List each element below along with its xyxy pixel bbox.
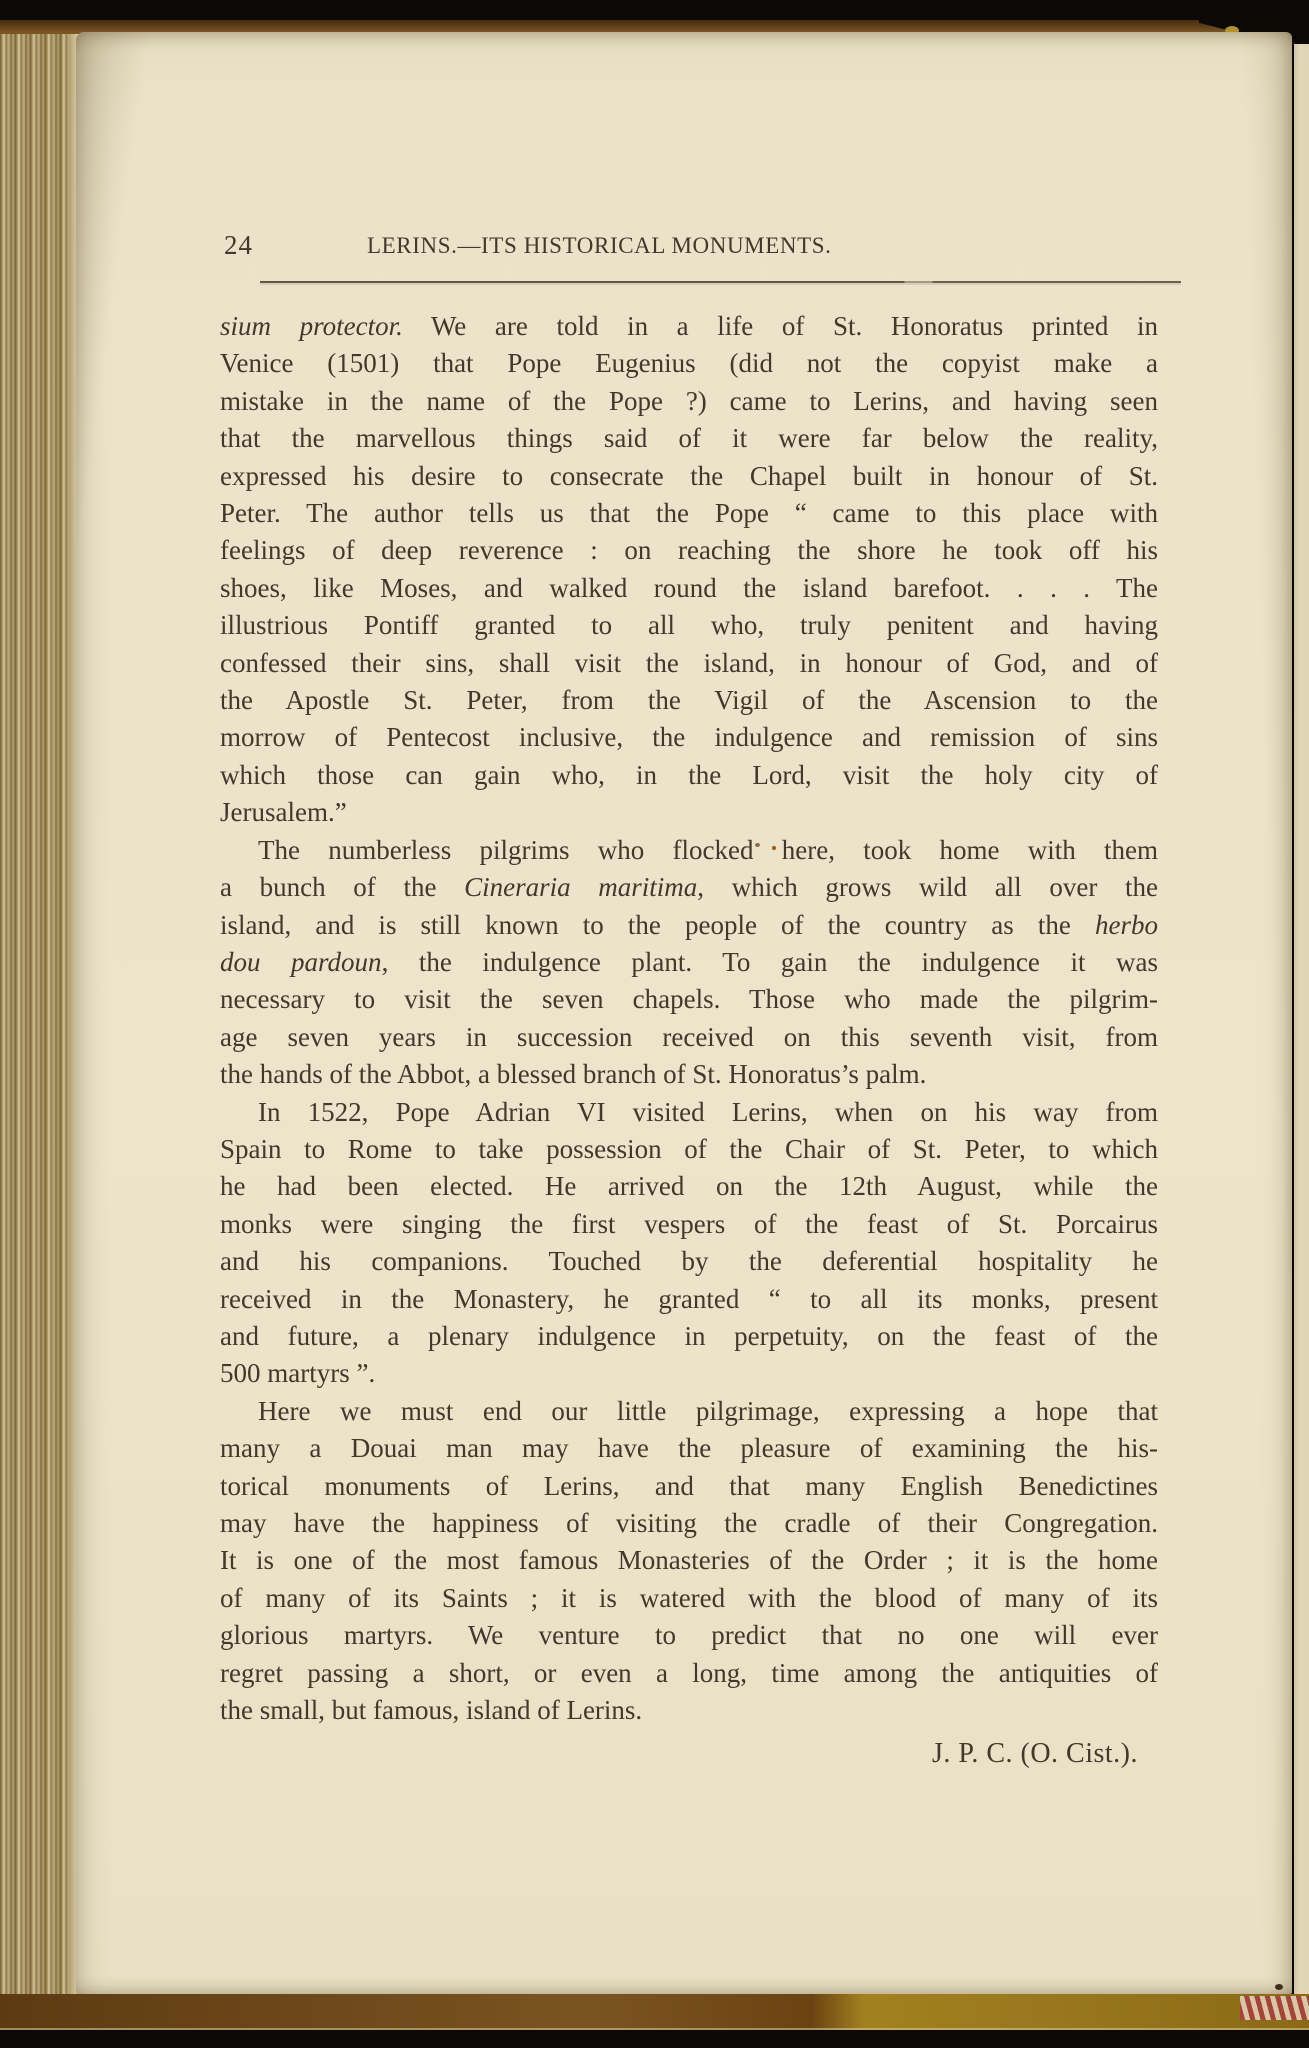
paragraph: In 1522, Pope Adrian VI visited Lerins, … <box>220 1094 1158 1393</box>
page-body: sium protector. We are told in a life of… <box>220 308 1158 1729</box>
text-line: monks were singing the first vespers of … <box>220 1206 1158 1243</box>
text-line: dou pardoun, the indulgence plant. To ga… <box>220 944 1158 981</box>
text-line: morrow of Pentecost inclusive, the indul… <box>220 719 1158 756</box>
text-line: may have the happiness of visiting the c… <box>220 1505 1158 1542</box>
text-line: the small, but famous, island of Lerins. <box>220 1692 1158 1729</box>
text-line: sium protector. We are told in a life of… <box>220 308 1158 345</box>
text-line: Peter. The author tells us that the Pope… <box>220 495 1158 532</box>
text-line: many a Douai man may have the pleasure o… <box>220 1430 1158 1467</box>
text-line: regret passing a short, or even a long, … <box>220 1655 1158 1692</box>
text-line: a bunch of the Cineraria maritima, which… <box>220 869 1158 906</box>
text-line: the Apostle St. Peter, from the Vigil of… <box>220 682 1158 719</box>
text-line: expressed his desire to consecrate the C… <box>220 458 1158 495</box>
text-line: island, and is still known to the people… <box>220 907 1158 944</box>
text-line: and future, a plenary indulgence in perp… <box>220 1318 1158 1355</box>
text-line: 500 martyrs ”. <box>220 1355 1158 1392</box>
text-line: glorious martyrs. We venture to predict … <box>220 1617 1158 1654</box>
paragraph: Here we must end our little pilgrimage, … <box>220 1393 1158 1730</box>
book-photo: 24 LERINS.—ITS HISTORICAL MONUMENTS. siu… <box>0 0 1309 2048</box>
header-rule <box>260 281 1181 283</box>
text-line: Spain to Rome to take possession of the … <box>220 1131 1158 1168</box>
page-speck <box>755 843 760 847</box>
text-line: confessed their sins, shall visit the is… <box>220 645 1158 682</box>
text-line: that the marvellous things said of it we… <box>220 420 1158 457</box>
book-page-edges <box>0 34 86 2012</box>
text-line: which those can gain who, in the Lord, v… <box>220 757 1158 794</box>
text-line: Jerusalem.” <box>220 794 1158 831</box>
paragraph: The numberless pilgrims who flocked here… <box>220 832 1158 1094</box>
text-line: mistake in the name of the Pope ?) came … <box>220 383 1158 420</box>
page-number: 24 <box>224 230 253 261</box>
text-line: It is one of the most famous Monasteries… <box>220 1542 1158 1579</box>
page-speck <box>772 846 776 850</box>
author-signature: J. P. C. (O. Cist.). <box>220 1738 1158 1770</box>
book-cover-edge-bottom <box>0 1994 1309 2030</box>
text-line: torical monuments of Lerins, and that ma… <box>220 1468 1158 1505</box>
text-line: the hands of the Abbot, a blessed branch… <box>220 1056 1158 1093</box>
text-line: In 1522, Pope Adrian VI visited Lerins, … <box>220 1094 1158 1131</box>
text-line: he had been elected. He arrived on the 1… <box>220 1168 1158 1205</box>
text-line: age seven years in succession received o… <box>220 1019 1158 1056</box>
adjacent-page-edge <box>1294 44 1309 1994</box>
book-page: 24 LERINS.—ITS HISTORICAL MONUMENTS. siu… <box>76 32 1292 1994</box>
page-speck <box>1275 1984 1283 1990</box>
text-line: shoes, like Moses, and walked round the … <box>220 570 1158 607</box>
text-line: feelings of deep reverence : on reaching… <box>220 532 1158 569</box>
text-line: received in the Monastery, he granted “ … <box>220 1281 1158 1318</box>
text-line: of many of its Saints ; it is watered wi… <box>220 1580 1158 1617</box>
book-headband <box>1240 1996 1309 2020</box>
text-line: The numberless pilgrims who flocked here… <box>220 832 1158 869</box>
paragraph: sium protector. We are told in a life of… <box>220 308 1158 832</box>
text-line: Here we must end our little pilgrimage, … <box>220 1393 1158 1430</box>
running-title: LERINS.—ITS HISTORICAL MONUMENTS. <box>367 233 831 259</box>
page-header: 24 LERINS.—ITS HISTORICAL MONUMENTS. <box>220 228 1158 262</box>
text-line: illustrious Pontiff granted to all who, … <box>220 607 1158 644</box>
text-line: necessary to visit the seven chapels. Th… <box>220 981 1158 1018</box>
text-line: and his companions. Touched by the defer… <box>220 1243 1158 1280</box>
text-line: Venice (1501) that Pope Eugenius (did no… <box>220 345 1158 382</box>
